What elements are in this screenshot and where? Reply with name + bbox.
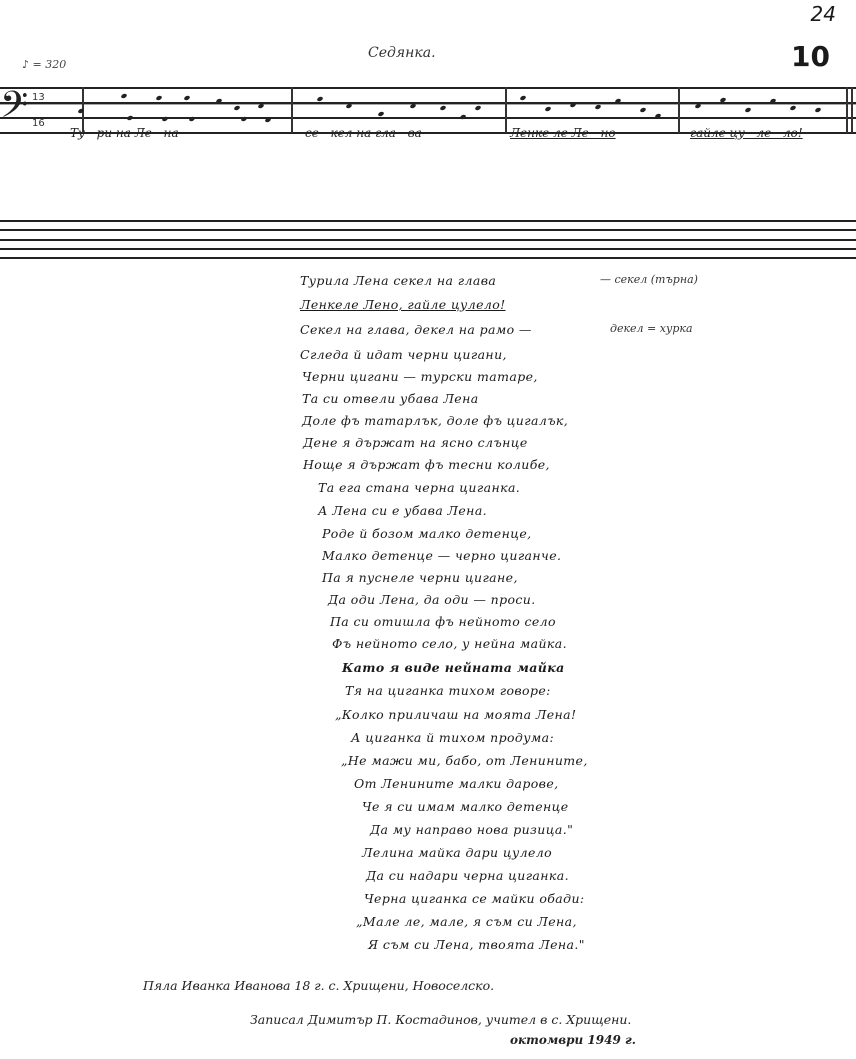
poem-line: „Мале ле, мале, я съм си Лена, <box>356 914 577 929</box>
poem-line: Та ега стана черна циганка. <box>318 480 520 495</box>
poem-line: Доле фъ татарлък, доле фъ цигалък, <box>302 413 568 428</box>
recording-date: октомври 1949 г. <box>510 1033 636 1047</box>
poem-line: Ноще я държат фъ тесни колибе, <box>303 457 550 472</box>
poem-line: Да оди Лена, да оди — проси. <box>328 592 536 607</box>
lyric-segment-3: Ленке ле Ле - но <box>510 126 616 140</box>
poem-line: Да си надари черна циганка. <box>366 868 569 883</box>
poem-line: „Не мажи ми, бабо, от Ленините, <box>341 753 588 768</box>
lyric-segment-1: Ту - ри на Ле - на <box>70 126 179 140</box>
poem-line: Да му направо нова ризица." <box>370 822 573 837</box>
poem-line: Дене я държат на ясно слънце <box>303 435 528 450</box>
poem-line: Ленкеле Лено, гайле цулело! <box>300 297 506 312</box>
poem-line: Като я виде нейната майка <box>342 660 565 675</box>
recorder-attribution: Записал Димитър П. Костадинов, учител в … <box>250 1012 631 1027</box>
poem-line: Малко детенце — черно циганче. <box>322 548 561 563</box>
poem-line: Черна циганка се майки обади: <box>364 891 585 906</box>
lyric-segment-2: се - кел на гла - ва <box>305 126 422 140</box>
archive-page-number: 24 <box>811 2 836 26</box>
poem-line: Турила Лена секел на глава <box>300 273 496 288</box>
song-number: 10 <box>791 40 830 73</box>
time-signature-bottom: 16 <box>32 118 45 129</box>
poem-line: А Лена си е убава Лена. <box>318 503 487 518</box>
bass-clef-icon: 𝄢 <box>0 88 28 132</box>
poem-line: Секел на глава, декел на рамо — <box>300 322 532 337</box>
lyric-segment-4: гайле цу - ле - ло! <box>690 126 803 140</box>
poem-line: Я съм си Лена, твоята Лена." <box>368 937 585 952</box>
poem-line: Лелина майка дари цулело <box>362 845 552 860</box>
glossary-note: — секел (търна) <box>600 273 698 286</box>
poem-line: Фъ нейното село, у нейна майка. <box>332 636 567 651</box>
glossary-note: декел = хурка <box>610 322 693 335</box>
poem-line: От Ленините малки дарове, <box>354 776 559 791</box>
poem-line: Па я пуснеле черни цигане, <box>322 570 518 585</box>
singer-attribution: Пяла Иванка Иванова 18 г. с. Хрищени, Но… <box>143 978 494 993</box>
poem-line: Тя на циганка тихом говоре: <box>345 683 551 698</box>
poem-line: Та си отвели убава Лена <box>302 391 479 406</box>
poem-line: Па си отишла фъ нейното село <box>330 614 556 629</box>
poem-line: Сгледа й идат черни цигани, <box>300 347 507 362</box>
poem-line: Черни цигани — турски татаре, <box>302 369 538 384</box>
poem-line: А циганка й тихом продума: <box>351 730 554 745</box>
tempo-marking: ♪ = 320 <box>22 60 66 70</box>
poem-line: Роде й бозом малко детенце, <box>322 526 532 541</box>
song-title: Седянка. <box>368 45 436 61</box>
poem-line: „Колко приличаш на моята Лена! <box>335 707 576 722</box>
poem-line: Че я си имам малко детенце <box>362 799 569 814</box>
time-signature-top: 13 <box>32 92 45 103</box>
